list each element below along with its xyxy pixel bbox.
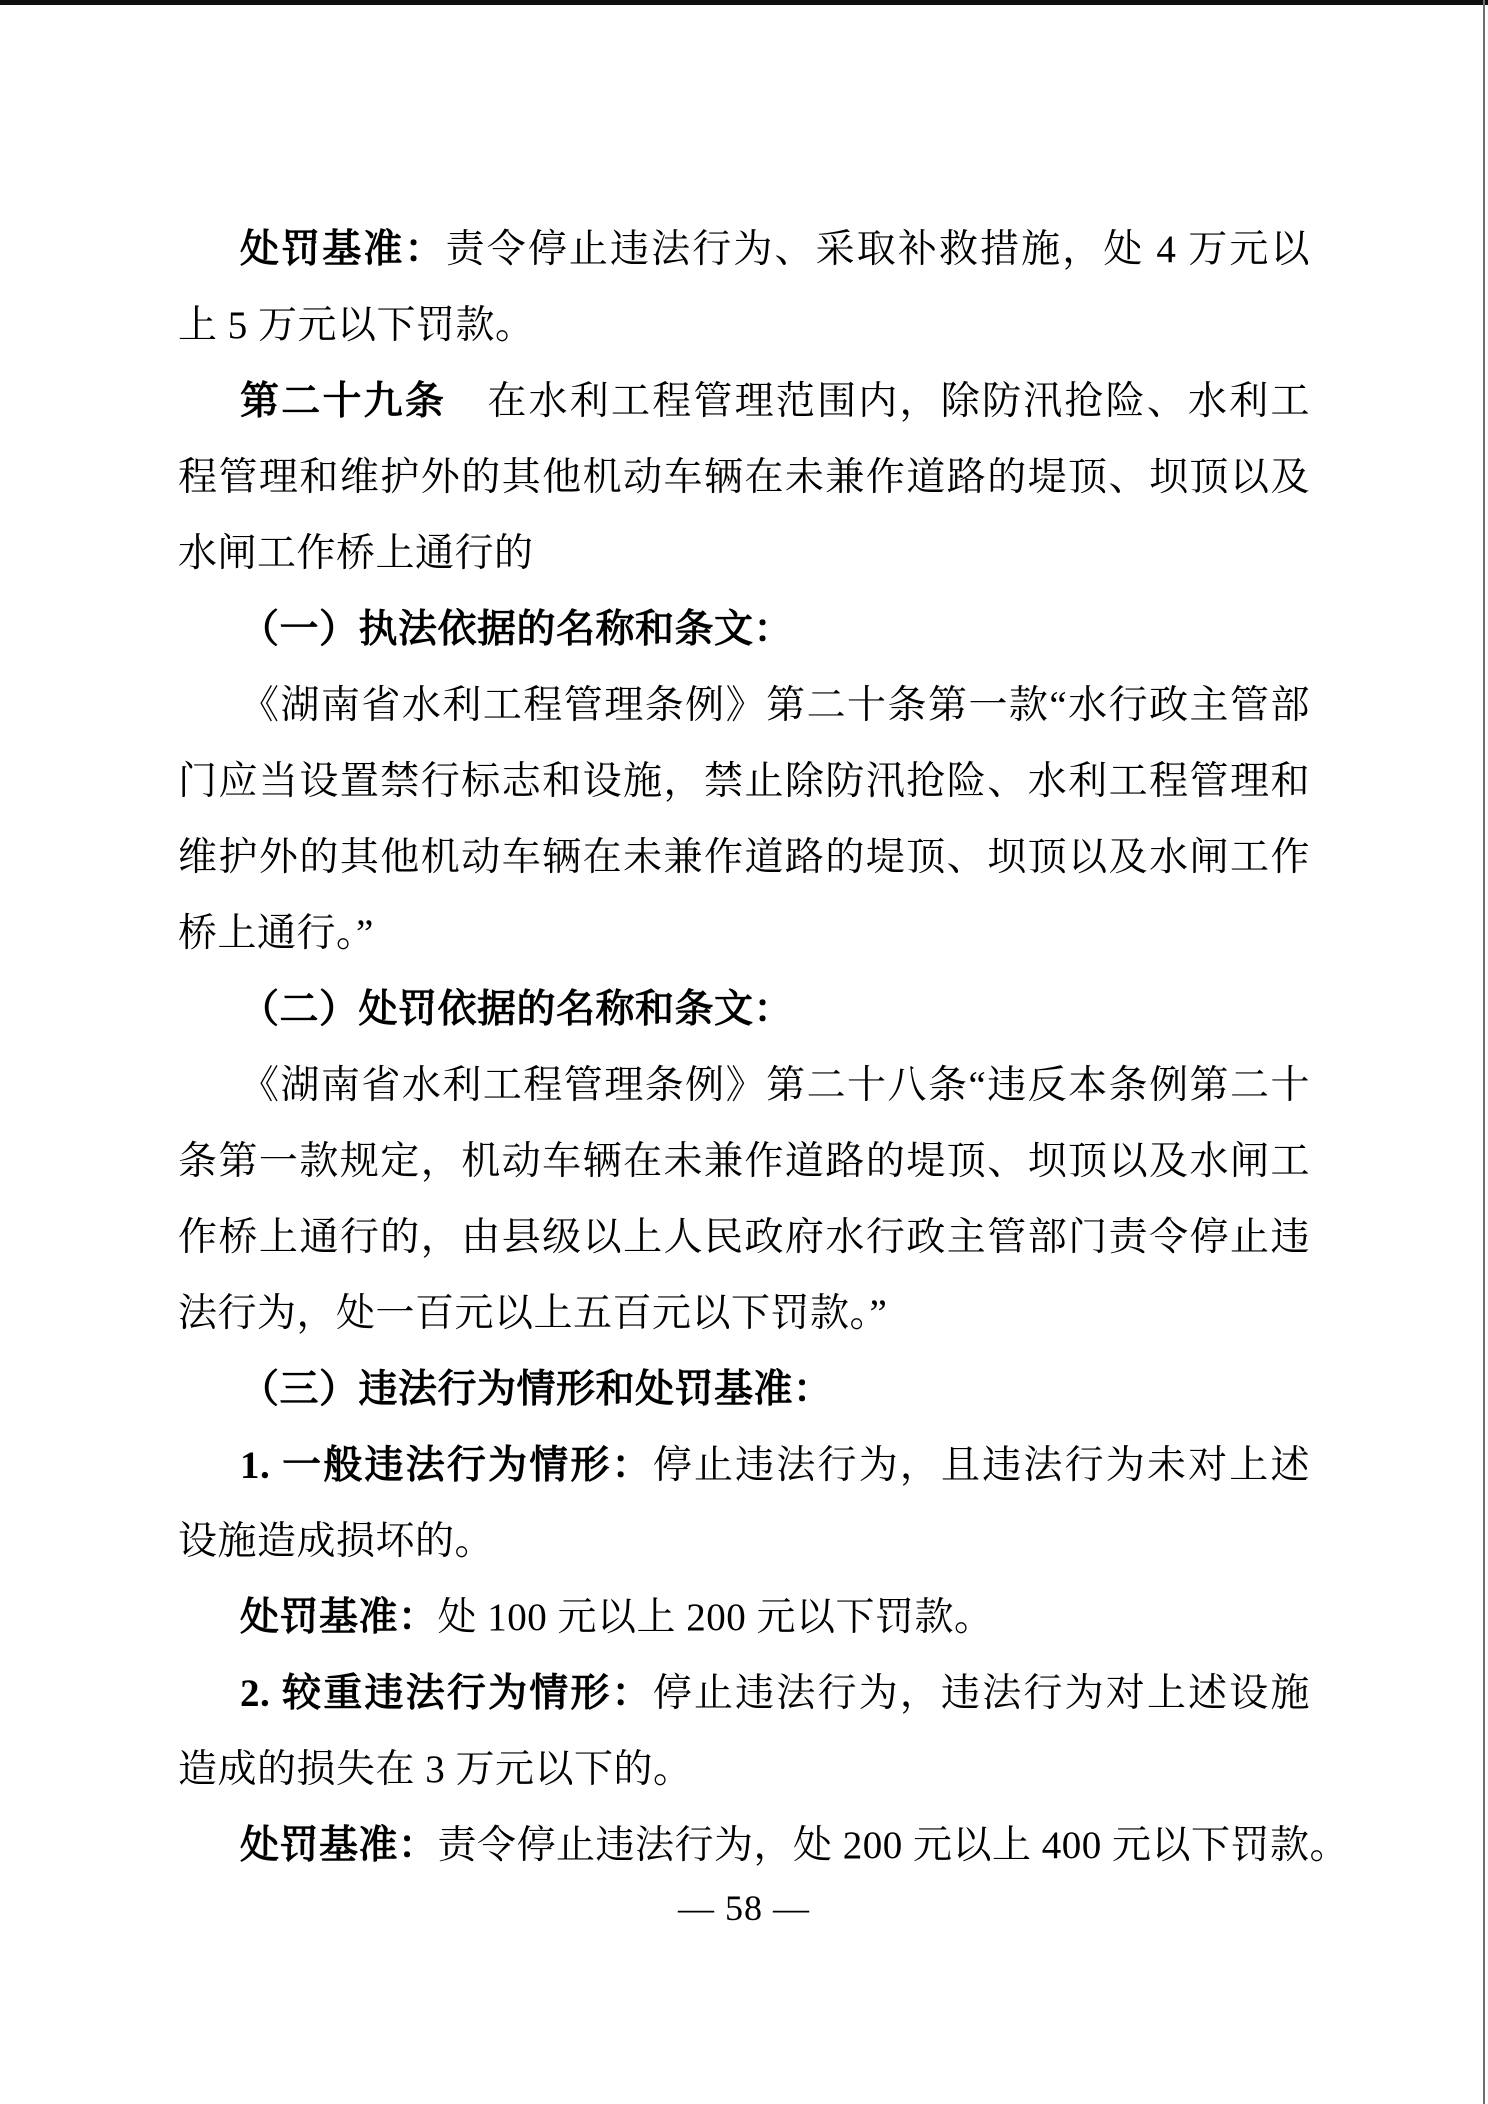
body-text: 设施造成损坏的。 — [178, 1520, 494, 1563]
scan-right-edge — [1483, 0, 1485, 2104]
case-1-general: 1. 一般违法行为情形：停止违法行为，且违法行为未对上述设施造成损坏的。 — [178, 1428, 1310, 1580]
emphasis-text: 2. 较重违法行为情形： — [240, 1672, 653, 1715]
body-text: 造成的损失在 3 万元以下的。 — [178, 1748, 693, 1791]
body-text: 《湖南省水利工程管理条例》第二十八条“违反本条例第二十 — [240, 1064, 1310, 1107]
text-line: 处罚基准：责令停止违法行为，处 200 元以上 400 元以下罚款。 — [178, 1808, 1310, 1884]
body-text: 在水利工程管理范围内，除防汛抢险、水利工 — [446, 380, 1310, 423]
body-text: 条第一款规定，机动车辆在未兼作道路的堤顶、坝顶以及水闸工 — [178, 1140, 1310, 1183]
emphasis-text: （三）违法行为情形和处罚基准： — [240, 1368, 833, 1411]
body-text: 桥上通行。” — [178, 912, 374, 955]
body-text: 作桥上通行的，由县级以上人民政府水行政主管部门责令停止违 — [178, 1216, 1310, 1259]
emphasis-text: 1. 一般违法行为情形： — [240, 1444, 653, 1487]
article-29: 第二十九条 在水利工程管理范围内，除防汛抢险、水利工程管理和维护外的其他机动车辆… — [178, 364, 1310, 592]
body-text: 程管理和维护外的其他机动车辆在未兼作道路的堤顶、坝顶以及 — [178, 456, 1310, 499]
section-1-heading: （一）执法依据的名称和条文： — [178, 592, 1310, 668]
enforcement-basis-quote: 《湖南省水利工程管理条例》第二十条第一款“水行政主管部门应当设置禁行标志和设施，… — [178, 668, 1310, 972]
case-1-penalty: 处罚基准：处 100 元以上 200 元以下罚款。 — [178, 1580, 1310, 1656]
text-line: 处罚基准：责令停止违法行为、采取补救措施，处 4 万元以 — [178, 212, 1310, 288]
text-line: 维护外的其他机动车辆在未兼作道路的堤顶、坝顶以及水闸工作 — [178, 820, 1310, 896]
text-line: 处罚基准：处 100 元以上 200 元以下罚款。 — [178, 1580, 1310, 1656]
text-line: 桥上通行。” — [178, 896, 1310, 972]
text-line: 《湖南省水利工程管理条例》第二十八条“违反本条例第二十 — [178, 1048, 1310, 1124]
body-text: 上 5 万元以下罚款。 — [178, 304, 535, 347]
document-body: 处罚基准：责令停止违法行为、采取补救措施，处 4 万元以上 5 万元以下罚款。第… — [178, 212, 1310, 1884]
section-3-heading: （三）违法行为情形和处罚基准： — [178, 1352, 1310, 1428]
body-text: 责令停止违法行为、采取补救措施，处 4 万元以 — [446, 228, 1310, 271]
body-text: 责令停止违法行为，处 200 元以上 400 元以下罚款。 — [438, 1824, 1350, 1867]
text-line: 造成的损失在 3 万元以下的。 — [178, 1732, 1310, 1808]
text-line: 门应当设置禁行标志和设施，禁止除防汛抢险、水利工程管理和 — [178, 744, 1310, 820]
emphasis-text: 处罚基准： — [240, 228, 446, 271]
case-2-penalty: 处罚基准：责令停止违法行为，处 200 元以上 400 元以下罚款。 — [178, 1808, 1310, 1884]
text-line: 设施造成损坏的。 — [178, 1504, 1310, 1580]
text-line: （三）违法行为情形和处罚基准： — [178, 1352, 1310, 1428]
text-line: （二）处罚依据的名称和条文： — [178, 972, 1310, 1048]
emphasis-text: （一）执法依据的名称和条文： — [240, 608, 793, 651]
body-text: 水闸工作桥上通行的 — [178, 532, 534, 575]
text-line: 条第一款规定，机动车辆在未兼作道路的堤顶、坝顶以及水闸工 — [178, 1124, 1310, 1200]
text-line: 法行为，处一百元以上五百元以下罚款。” — [178, 1276, 1310, 1352]
text-line: 水闸工作桥上通行的 — [178, 516, 1310, 592]
body-text: 门应当设置禁行标志和设施，禁止除防汛抢险、水利工程管理和 — [178, 760, 1310, 803]
text-line: （一）执法依据的名称和条文： — [178, 592, 1310, 668]
body-text: 维护外的其他机动车辆在未兼作道路的堤顶、坝顶以及水闸工作 — [178, 836, 1310, 879]
section-2-heading: （二）处罚依据的名称和条文： — [178, 972, 1310, 1048]
scan-top-edge — [0, 0, 1488, 5]
text-line: 1. 一般违法行为情形：停止违法行为，且违法行为未对上述 — [178, 1428, 1310, 1504]
body-text: 《湖南省水利工程管理条例》第二十条第一款“水行政主管部 — [240, 684, 1310, 727]
text-line: 上 5 万元以下罚款。 — [178, 288, 1310, 364]
case-2-heavier: 2. 较重违法行为情形：停止违法行为，违法行为对上述设施造成的损失在 3 万元以… — [178, 1656, 1310, 1808]
text-line: 第二十九条 在水利工程管理范围内，除防汛抢险、水利工 — [178, 364, 1310, 440]
emphasis-text: 第二十九条 — [240, 380, 446, 423]
body-text: 法行为，处一百元以上五百元以下罚款。” — [178, 1292, 887, 1335]
penalty-basis-quote: 《湖南省水利工程管理条例》第二十八条“违反本条例第二十条第一款规定，机动车辆在未… — [178, 1048, 1310, 1352]
penalty-basis-prev-article: 处罚基准：责令停止违法行为、采取补救措施，处 4 万元以上 5 万元以下罚款。 — [178, 212, 1310, 364]
text-line: 2. 较重违法行为情形：停止违法行为，违法行为对上述设施 — [178, 1656, 1310, 1732]
page-number: — 58 — — [178, 1886, 1310, 1930]
text-line: 《湖南省水利工程管理条例》第二十条第一款“水行政主管部 — [178, 668, 1310, 744]
text-line: 程管理和维护外的其他机动车辆在未兼作道路的堤顶、坝顶以及 — [178, 440, 1310, 516]
emphasis-text: 处罚基准： — [240, 1824, 438, 1867]
emphasis-text: 处罚基准： — [240, 1596, 438, 1639]
text-line: 作桥上通行的，由县级以上人民政府水行政主管部门责令停止违 — [178, 1200, 1310, 1276]
body-text: 停止违法行为，违法行为对上述设施 — [653, 1672, 1310, 1715]
body-text: 处 100 元以上 200 元以下罚款。 — [438, 1596, 994, 1639]
body-text: 停止违法行为，且违法行为未对上述 — [653, 1444, 1310, 1487]
emphasis-text: （二）处罚依据的名称和条文： — [240, 988, 793, 1031]
